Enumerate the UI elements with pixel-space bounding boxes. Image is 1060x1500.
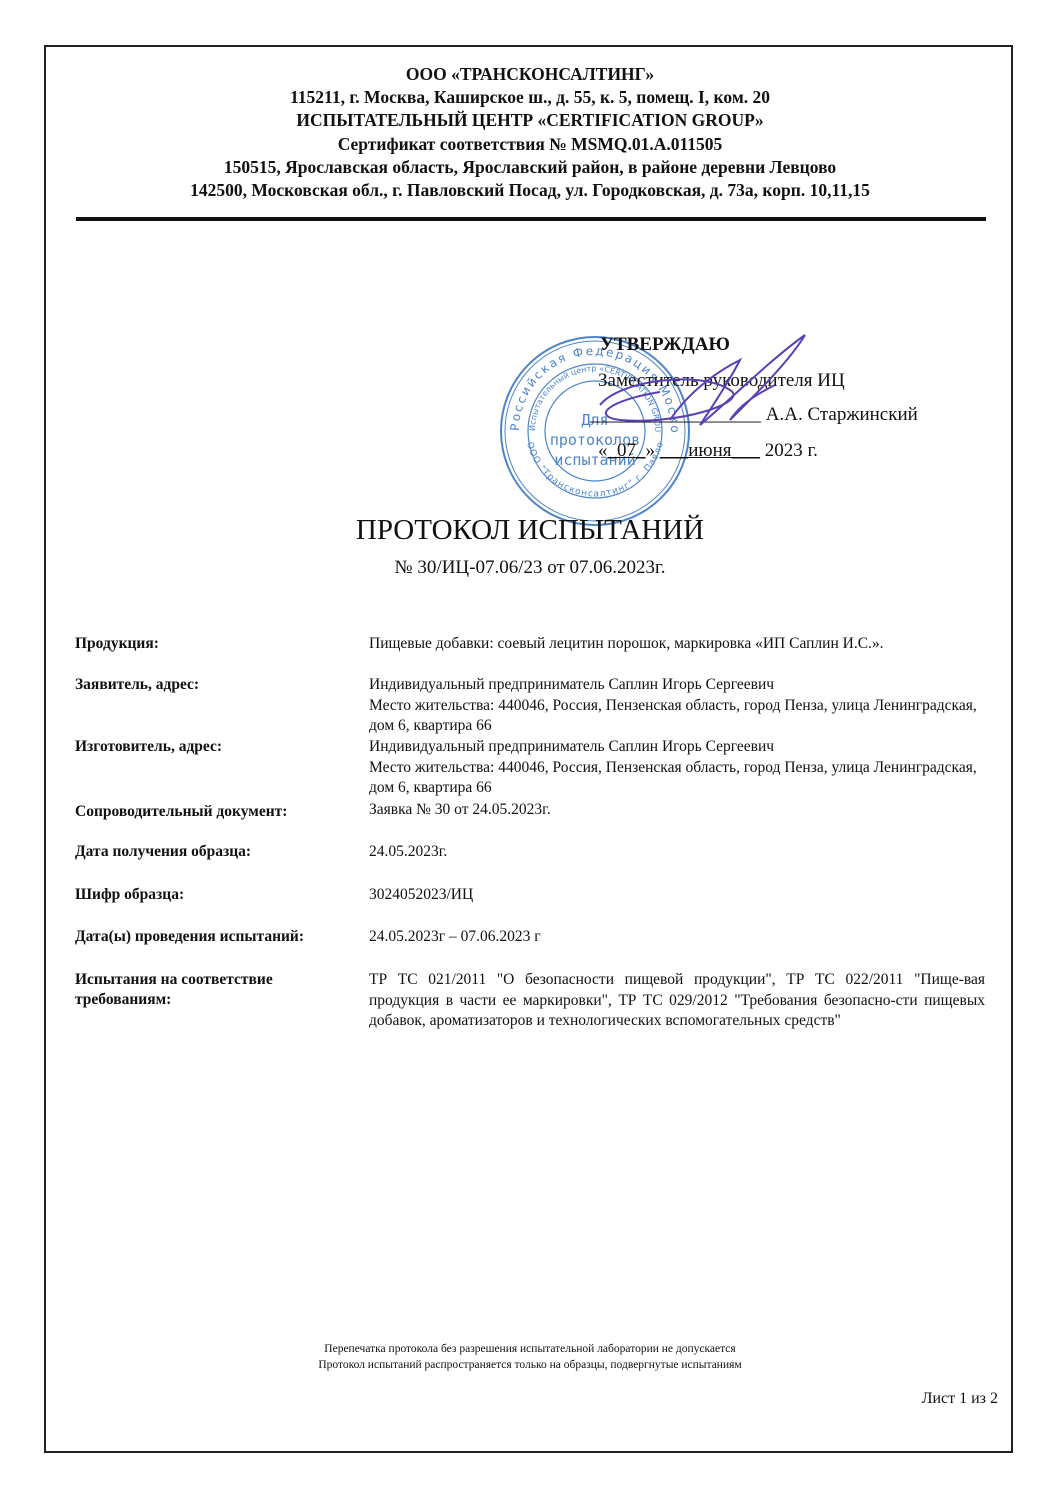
document-number: № 30/ИЦ-07.06/23 от 07.06.2023г. — [320, 557, 740, 579]
page-number: Лист 1 из 2 — [922, 1390, 998, 1408]
field-label: Заявитель, адрес: — [75, 675, 365, 695]
field-label: Сопроводительный документ: — [75, 802, 365, 822]
approval-date: «_07_» ___июня___ 2023 г. — [598, 440, 818, 462]
field-value: 3024052023/ИЦ — [369, 885, 985, 906]
field-value: Индивидуальный предприниматель Саплин Иг… — [369, 737, 985, 799]
field-label: Испытания на соответствие требованиям: — [75, 970, 325, 1010]
field-value: 24.05.2023г. — [369, 842, 985, 863]
field-label: Продукция: — [75, 634, 365, 654]
field-value: 24.05.2023г – 07.06.2023 г — [369, 927, 985, 948]
field-value: Индивидуальный предприниматель Саплин Иг… — [369, 675, 985, 737]
approval-year: 2023 г. — [765, 440, 818, 461]
field-label: Дата(ы) проведения испытаний: — [75, 927, 365, 947]
field-label: Изготовитель, адрес: — [75, 737, 365, 757]
field-value: ТР ТС 021/2011 "О безопасности пищевой п… — [369, 970, 985, 1032]
field-label: Шифр образца: — [75, 885, 365, 905]
signature-icon — [580, 330, 820, 440]
approval-month: ___июня___ — [660, 440, 760, 461]
field-value: Пищевые добавки: соевый лецитин порошок,… — [369, 634, 985, 655]
field-label: Дата получения образца: — [75, 842, 365, 862]
field-value: Заявка № 30 от 24.05.2023г. — [369, 800, 985, 821]
approval-day: _07_ — [608, 440, 646, 461]
document-title: ПРОТОКОЛ ИСПЫТАНИЙ — [330, 514, 730, 547]
footer-notice: Перепечатка протокола без разрешения исп… — [200, 1341, 860, 1373]
